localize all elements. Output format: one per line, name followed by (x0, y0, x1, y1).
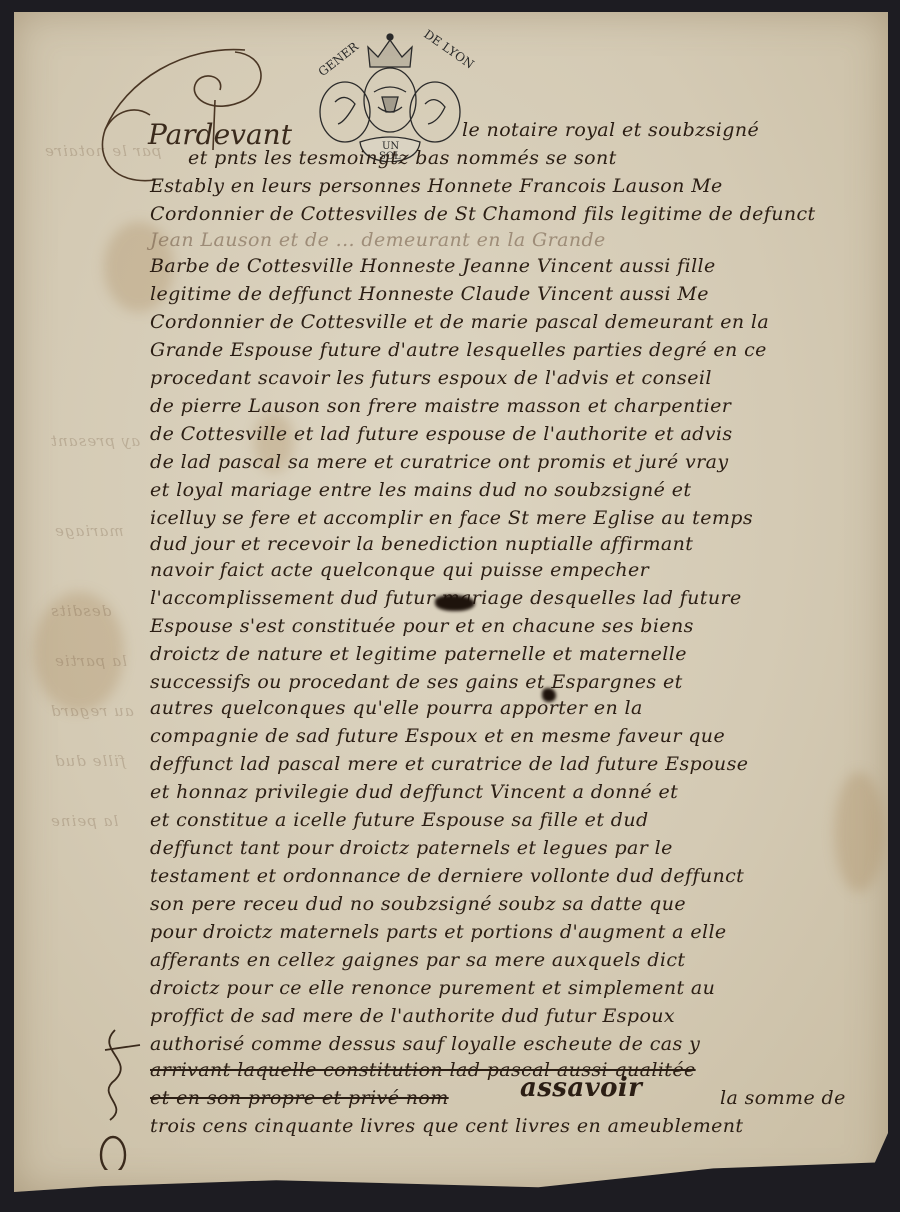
manuscript-line: de Cottesville et lad future espouse de … (150, 422, 733, 446)
bleed-through-text: fille dud (54, 752, 125, 770)
manuscript-line-struck: et en son propre et privé nom (150, 1086, 449, 1110)
manuscript-line-faint: Jean Lauson et de ... demeurant en la Gr… (150, 228, 606, 252)
manuscript-line: trois cens cinquante livres que cent liv… (150, 1114, 743, 1138)
manuscript-line: autres quelconques qu'elle pourra apport… (150, 696, 643, 720)
manuscript-line: droictz de nature et legitime paternelle… (150, 642, 687, 666)
manuscript-line: icelluy se fere et accomplir en face St … (150, 506, 753, 530)
manuscript-line: le notaire royal et soubzsigné (462, 118, 759, 142)
manuscript-line: legitime de deffunct Honneste Claude Vin… (150, 282, 709, 306)
manuscript-line: et constitue a icelle future Espouse sa … (150, 808, 649, 832)
manuscript-line: afferants en cellez gaignes par sa mere … (150, 948, 685, 972)
manuscript-line: de pierre Lauson son frere maistre masso… (150, 394, 731, 418)
manuscript-line: procedant scavoir les futurs espoux de l… (150, 366, 712, 390)
manuscript-line: navoir faict acte quelconque qui puisse … (150, 558, 649, 582)
bleed-through-text: mariage (54, 522, 124, 540)
manuscript-line: testament et ordonnance de derniere voll… (150, 864, 744, 888)
manuscript-line: dud jour et recevoir la benediction nupt… (150, 532, 693, 556)
bleed-through-text: ay presant (50, 432, 140, 450)
manuscript-line: pour droictz maternels parts et portions… (150, 920, 727, 944)
ink-blot (542, 688, 556, 702)
manuscript-line: Espouse s'est constituée pour et en chac… (150, 614, 694, 638)
manuscript-line: Estably en leurs personnes Honnete Franc… (150, 174, 723, 198)
manuscript-line: Cordonnier de Cottesville et de marie pa… (150, 310, 769, 334)
manuscript-line: et pnts les tesmoingtz bas nommés se son… (188, 146, 617, 170)
bleed-through-text: au regard (50, 702, 134, 720)
manuscript-line: proffict de sad mere de l'authorite dud … (150, 1004, 675, 1028)
bleed-through-text: desdits (50, 602, 111, 620)
manuscript-line: deffunct tant pour droictz paternels et … (150, 836, 673, 860)
inline-emphasized-word: assavoir (520, 1076, 642, 1100)
manuscript-line: Barbe de Cottesville Honneste Jeanne Vin… (150, 254, 716, 278)
stamp-arc-left: GENER (316, 39, 362, 79)
stamp-arc-right: DE LYON (421, 27, 476, 72)
manuscript-line: et loyal mariage entre les mains dud no … (150, 478, 691, 502)
manuscript-line: authorisé comme dessus sauf loyalle esch… (150, 1032, 700, 1056)
manuscript-line: et honnaz privilegie dud deffunct Vincen… (150, 780, 678, 804)
manuscript-line: son pere receu dud no soubzsigné soubz s… (150, 892, 686, 916)
ink-blot (435, 595, 475, 611)
water-stain (834, 772, 884, 892)
manuscript-line: compagnie de sad future Espoux et en mes… (150, 724, 725, 748)
bleed-through-text: la peine (50, 812, 118, 830)
bleed-through-text: la partie (54, 652, 127, 670)
manuscript-line: droictz pour ce elle renonce purement et… (150, 976, 715, 1000)
manuscript-line: Cordonnier de Cottesvilles de St Chamond… (150, 202, 816, 226)
manuscript-line: Grande Espouse future d'autre lesquelles… (150, 338, 767, 362)
manuscript-line: deffunct lad pascal mere et curatrice de… (150, 752, 748, 776)
manuscript-line: successifs ou procedant de ses gains et … (150, 670, 683, 694)
manuscript-line: de lad pascal sa mere et curatrice ont p… (150, 450, 728, 474)
tax-stamp-icon: GENER DE LYON UN SOL (300, 12, 480, 162)
margin-paraph-icon (85, 1020, 155, 1170)
manuscript-line: la somme de (720, 1086, 846, 1110)
